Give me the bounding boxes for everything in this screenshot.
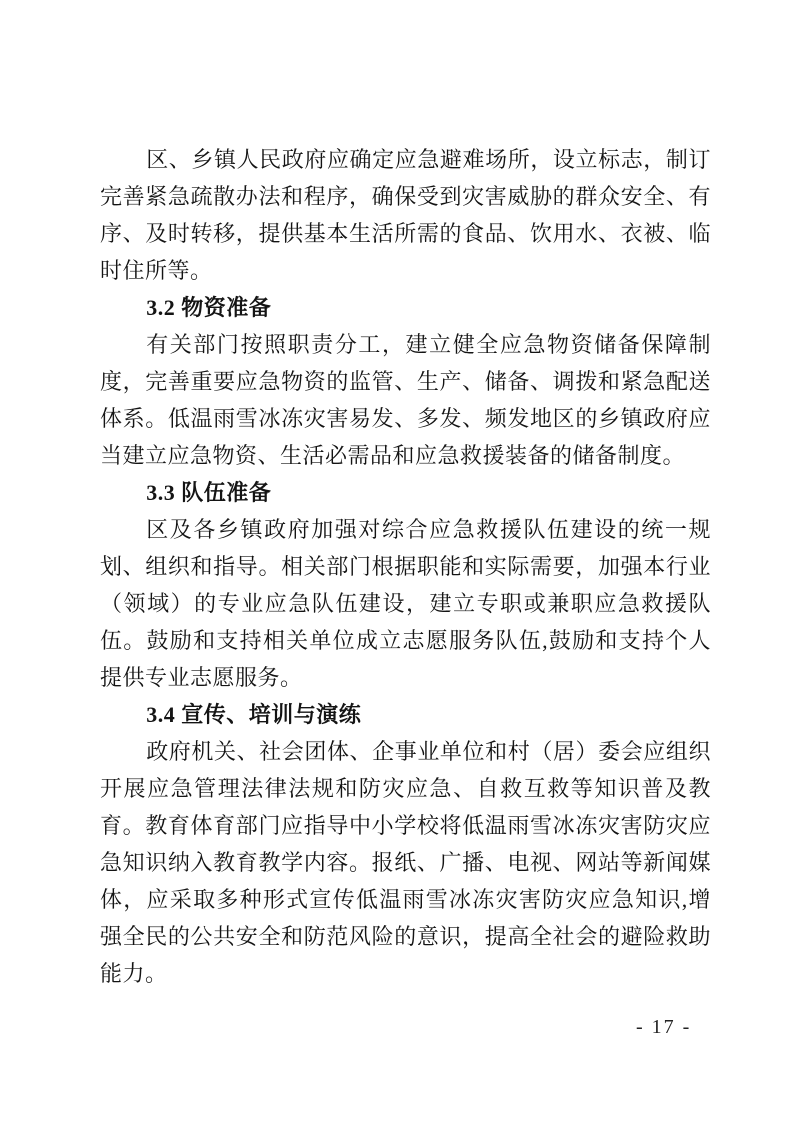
section-paragraph-3-2-material-preparation: 有关部门按照职责分工，建立健全应急物资储备保障制度，完善重要应急物资的监管、生产… xyxy=(100,326,711,474)
page-number: - 17 - xyxy=(636,1012,691,1042)
paragraph-evacuation-sites: 区、乡镇人民政府应确定应急避难场所，设立标志，制订完善紧急疏散办法和程序，确保受… xyxy=(100,141,711,289)
section-paragraph-3-4-publicity-training-drills: 政府机关、社会团体、企事业单位和村（居）委会应组织开展应急管理法律法规和防灾应急… xyxy=(100,733,711,992)
section-heading-3-3-team-preparation: 3.3 队伍准备 xyxy=(100,474,711,511)
section-paragraph-3-3-team-preparation: 区及各乡镇政府加强对综合应急救援队伍建设的统一规划、组织和指导。相关部门根据职能… xyxy=(100,511,711,696)
document-body: 区、乡镇人民政府应确定应急避难场所，设立标志，制订完善紧急疏散办法和程序，确保受… xyxy=(100,141,711,992)
section-heading-3-4-publicity-training-drills: 3.4 宣传、培训与演练 xyxy=(100,696,711,733)
section-heading-3-2-material-preparation: 3.2 物资准备 xyxy=(100,289,711,326)
